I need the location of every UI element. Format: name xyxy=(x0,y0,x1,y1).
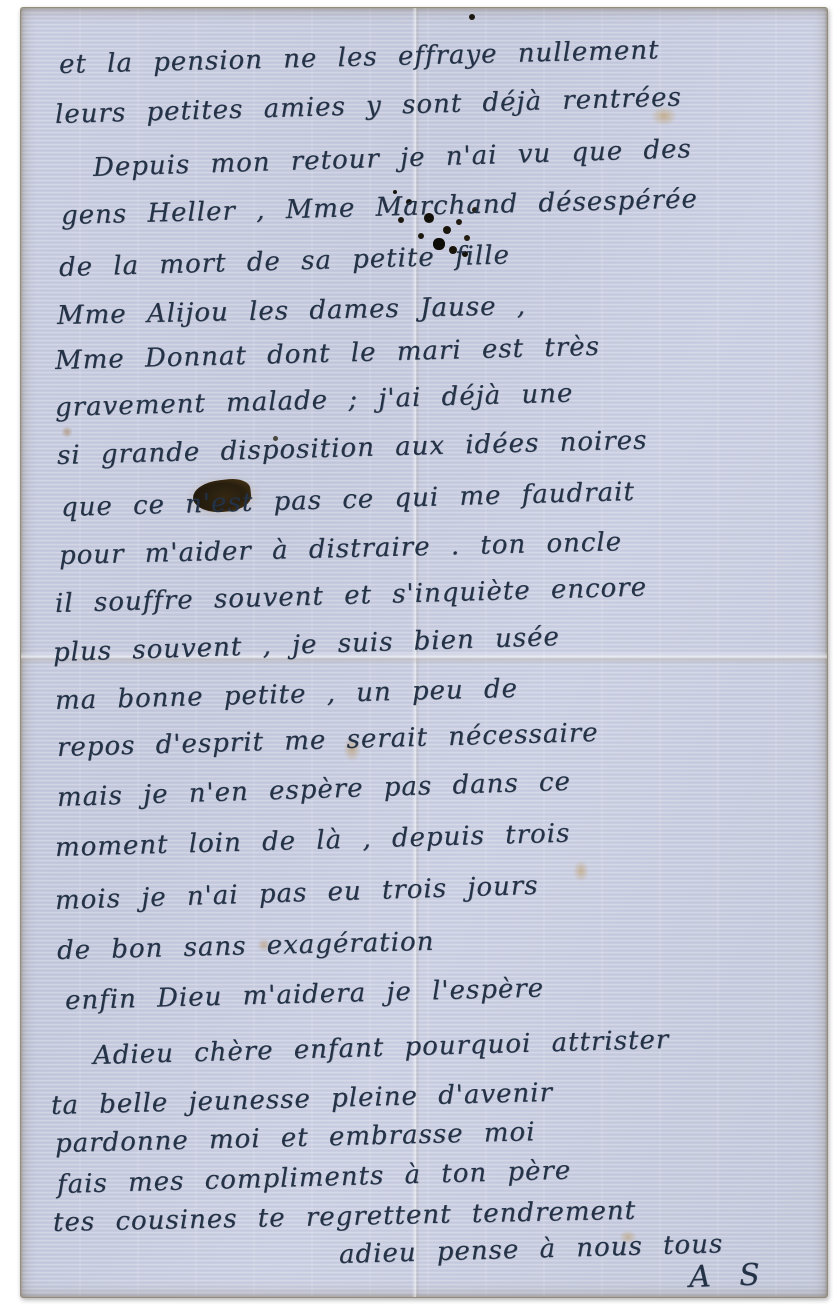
handwriting-line: tes cousines te regrettent tendrement xyxy=(53,1196,637,1238)
handwriting-line: ta belle jeunesse pleine d'avenir xyxy=(51,1078,554,1121)
handwriting-line: adieu pense à nous tous xyxy=(339,1229,724,1270)
handwriting-line: fais mes compliments à ton père xyxy=(57,1156,572,1200)
ink-dot xyxy=(469,14,475,20)
handwriting-line: si grande disposition aux idées noires xyxy=(57,426,648,471)
handwriting-line: de bon sans exagération xyxy=(57,927,435,966)
handwriting-line: pardonne moi et embrasse moi xyxy=(55,1117,536,1159)
letter-sheet: et la pension ne les effraye nullement l… xyxy=(20,7,828,1298)
handwriting-line: que ce n'est pas ce qui me faudrait xyxy=(61,477,636,523)
handwriting-line: il souffre souvent et s'inquiète encore xyxy=(55,572,648,619)
handwriting-line: Mme Donnat dont le mari est très xyxy=(55,332,601,376)
handwriting-line: et la pension ne les effraye nullement xyxy=(59,35,660,80)
handwriting-line: mais je n'en espère pas dans ce xyxy=(57,767,572,813)
handwriting-line: repos d'esprit me serait nécessaire xyxy=(57,718,599,763)
handwriting-line: moment loin de là , depuis trois xyxy=(55,819,571,863)
foxing-stain xyxy=(573,860,589,882)
handwriting-line: pour m'aider à distraire . ton oncle xyxy=(59,527,623,571)
handwriting-line: enfin Dieu m'aidera je l'espère xyxy=(65,973,545,1016)
handwriting-line: de la mort de sa petite fille xyxy=(59,240,511,283)
signature: A S xyxy=(688,1257,764,1295)
handwriting-line: leurs petites amies y sont déjà rentrées xyxy=(55,82,683,129)
handwriting-line: Adieu chère enfant pourquoi attrister xyxy=(93,1025,670,1071)
handwriting-line: gens Heller , Mme Marchand désespérée xyxy=(61,184,699,231)
handwriting-line: Mme Alijou les dames Jause , xyxy=(57,291,527,331)
handwriting-line: mois je n'ai pas eu trois jours xyxy=(55,871,539,916)
handwriting-line: gravement malade ; j'ai déjà une xyxy=(55,379,574,423)
scanned-letter-page: et la pension ne les effraye nullement l… xyxy=(0,0,840,1311)
handwriting-line: ma bonne petite , un peu de xyxy=(55,674,519,716)
foxing-stain xyxy=(61,426,73,438)
handwriting-line: Depuis mon retour je n'ai vu que des xyxy=(93,134,693,183)
